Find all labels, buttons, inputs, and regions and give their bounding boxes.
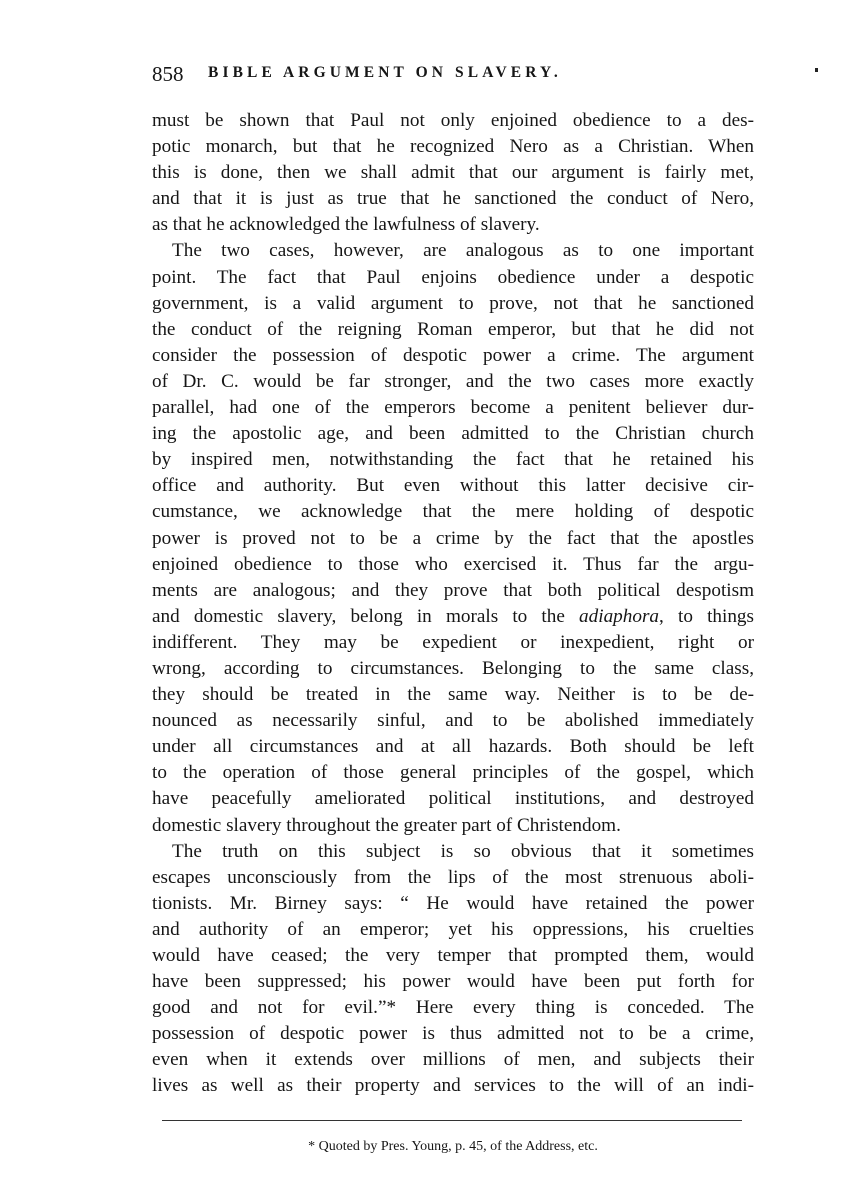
text-line: of Dr. C. would be far stronger, and the… [152,369,754,395]
text-line: The truth on this subject is so obvious … [152,839,754,865]
text-line: and authority of an emperor; yet his opp… [152,917,754,943]
running-title: BIBLE ARGUMENT ON SLAVERY. [208,64,562,82]
text-line: by inspired men, notwithstanding the fac… [152,447,754,473]
text-line: wrong, according to circumstances. Belon… [152,656,754,682]
footnote: * Quoted by Pres. Young, p. 45, of the A… [152,1139,754,1155]
text-line: parallel, had one of the emperors become… [152,395,754,421]
stray-ink-mark [815,68,818,72]
text-line: and that it is just as true that he sanc… [152,186,754,212]
text-line: lives as well as their property and serv… [152,1073,754,1099]
text-line: even when it extends over millions of me… [152,1047,754,1073]
text-line: potic monarch, but that he recognized Ne… [152,134,754,160]
text-line: domestic slavery throughout the greater … [152,813,754,839]
text-line: have been suppressed; his power would ha… [152,969,754,995]
text-line: power is proved not to be a crime by the… [152,526,754,552]
text-line: office and authority. But even without t… [152,473,754,499]
text-line: must be shown that Paul not only enjoine… [152,108,754,134]
body-text: must be shown that Paul not only enjoine… [152,108,754,1100]
footnote-divider [162,1120,742,1121]
text-line: The two cases, however, are analogous as… [152,238,754,264]
text-line-with-italic: and domestic slavery, belong in morals t… [152,604,754,630]
text-line: nounced as necessarily sinful, and to be… [152,708,754,734]
text-line: enjoined obedience to those who exercise… [152,552,754,578]
text-run: , to things [659,606,754,627]
text-line: this is done, then we shall admit that o… [152,160,754,186]
text-line: tionists. Mr. Birney says: “ He would ha… [152,891,754,917]
text-line: as that he acknowledged the lawfulness o… [152,212,754,238]
text-line: possession of despotic power is thus adm… [152,1021,754,1047]
page-number: 858 [152,62,184,87]
text-line: they should be treated in the same way. … [152,682,754,708]
text-line: consider the possession of despotic powe… [152,343,754,369]
text-line: under all circumstances and at all hazar… [152,734,754,760]
italic-term: adiaphora [579,606,659,627]
text-line: to the operation of those general princi… [152,760,754,786]
text-line: point. The fact that Paul enjoins obedie… [152,265,754,291]
text-line: cumstance, we acknowledge that the mere … [152,499,754,525]
text-line: ments are analogous; and they prove that… [152,578,754,604]
text-line: indifferent. They may be expedient or in… [152,630,754,656]
text-line: the conduct of the reigning Roman empero… [152,317,754,343]
text-line: would have ceased; the very temper that … [152,943,754,969]
text-line: good and not for evil.”* Here every thin… [152,995,754,1021]
text-run: and domestic slavery, belong in morals t… [152,606,579,627]
text-line: have peacefully ameliorated political in… [152,786,754,812]
text-line: escapes unconsciously from the lips of t… [152,865,754,891]
text-line: government, is a valid argument to prove… [152,291,754,317]
running-head: 858 BIBLE ARGUMENT ON SLAVERY. [152,62,754,92]
text-line: ing the apostolic age, and been admitted… [152,421,754,447]
